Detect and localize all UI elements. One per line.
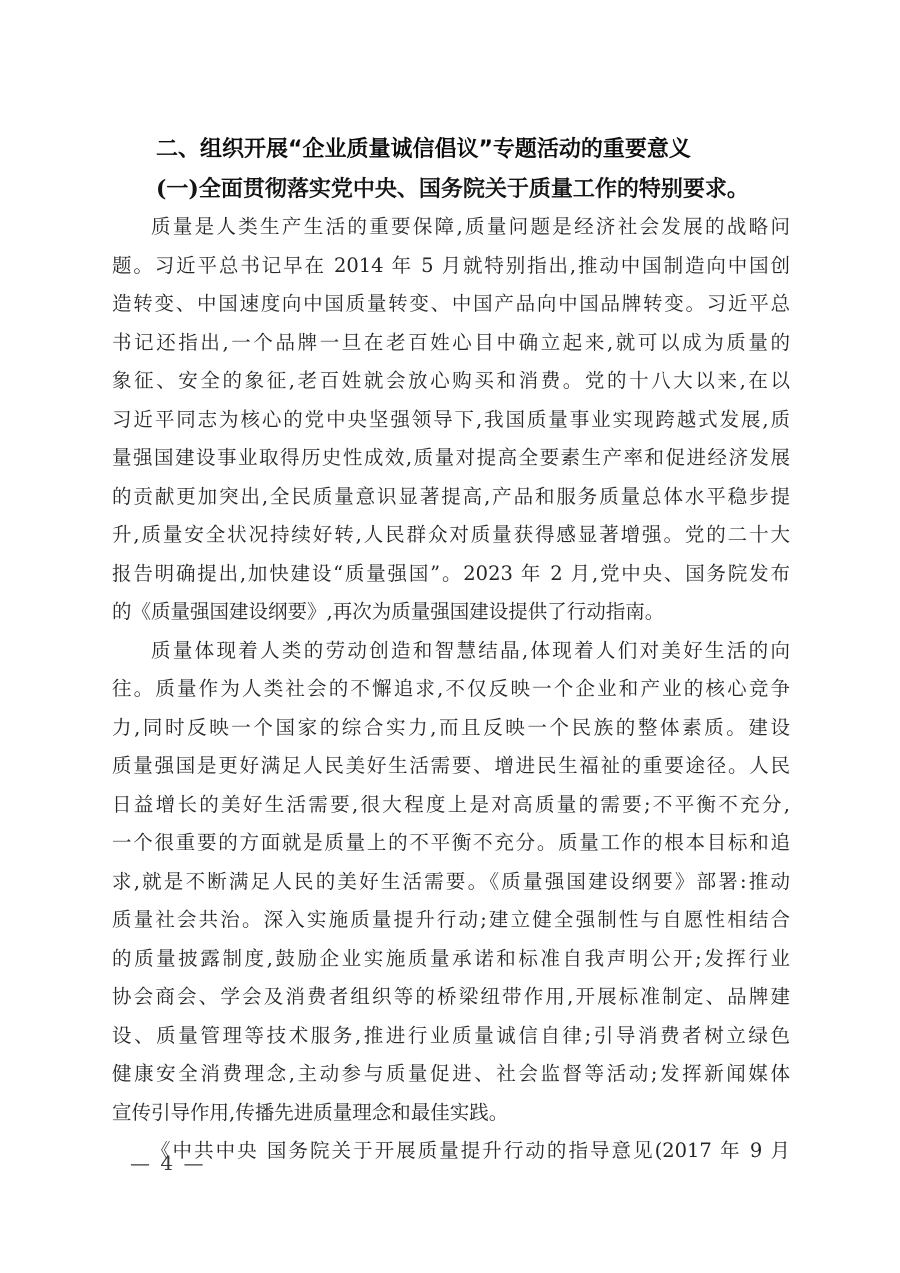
text-line: 质量是人类生产生活的重要保障,质量问题是经济社会发展的战略问 [112, 208, 790, 247]
document-content: 二、组织开展“企业质量诚信倡议”专题活动的重要意义 (一)全面贯彻落实党中央、国… [112, 131, 790, 1171]
text-line: 的《质量强国建设纲要》,再次为质量强国建设提供了行动指南。 [112, 593, 790, 632]
text-line: 质量体现着人类的劳动创造和智慧结晶,体现着人们对美好生活的向 [112, 632, 790, 671]
text-line: 书记还指出,一个品牌一旦在老百姓心目中确立起来,就可以成为质量的 [112, 324, 790, 363]
text-line: 设、质量管理等技术服务,推进行业质量诚信自律;引导消费者树立绿色 [112, 1017, 790, 1056]
body-text: 质量是人类生产生活的重要保障,质量问题是经济社会发展的战略问题。习近平总书记早在… [112, 208, 790, 1171]
text-line: 的贡献更加突出,全民质量意识显著提高,产品和服务质量总体水平稳步提 [112, 478, 790, 517]
text-line: 报告明确提出,加快建设“质量强国”。2023 年 2 月,党中央、国务院发布 [112, 555, 790, 594]
text-line: 宣传引导作用,传播先进质量理念和最佳实践。 [112, 1094, 790, 1133]
text-line: 升,质量安全状况持续好转,人民群众对质量获得感显著增强。党的二十大 [112, 516, 790, 555]
subsection-heading: (一)全面贯彻落实党中央、国务院关于质量工作的特别要求。 [112, 170, 790, 209]
text-line: 象征、安全的象征,老百姓就会放心购买和消费。党的十八大以来,在以 [112, 362, 790, 401]
text-line: 质量强国是更好满足人民美好生活需要、增进民生福祉的重要途径。人民 [112, 747, 790, 786]
page-number: — 4 — [130, 1150, 205, 1176]
text-line: 《中共中央 国务院关于开展质量提升行动的指导意见(2017 年 9 月 [112, 1132, 790, 1171]
text-line: 日益增长的美好生活需要,很大程度上是对高质量的需要;不平衡不充分, [112, 786, 790, 825]
text-line: 求,就是不断满足人民的美好生活需要。《质量强国建设纲要》部署:推动 [112, 863, 790, 902]
text-line: 一个很重要的方面就是质量上的不平衡不充分。质量工作的根本目标和追 [112, 824, 790, 863]
document-page: 二、组织开展“企业质量诚信倡议”专题活动的重要意义 (一)全面贯彻落实党中央、国… [0, 0, 900, 1273]
paragraph-2: 质量体现着人类的劳动创造和智慧结晶,体现着人们对美好生活的向往。质量作为人类社会… [112, 632, 790, 1133]
paragraph-3: 《中共中央 国务院关于开展质量提升行动的指导意见(2017 年 9 月 [112, 1132, 790, 1171]
text-line: 质量社会共治。深入实施质量提升行动;建立健全强制性与自愿性相结合 [112, 901, 790, 940]
text-line: 造转变、中国速度向中国质量转变、中国产品向中国品牌转变。习近平总 [112, 285, 790, 324]
text-line: 习近平同志为核心的党中央坚强领导下,我国质量事业实现跨越式发展,质 [112, 401, 790, 440]
text-line: 题。习近平总书记早在 2014 年 5 月就特别指出,推动中国制造向中国创 [112, 247, 790, 286]
section-heading: 二、组织开展“企业质量诚信倡议”专题活动的重要意义 [112, 131, 790, 170]
paragraph-1: 质量是人类生产生活的重要保障,质量问题是经济社会发展的战略问题。习近平总书记早在… [112, 208, 790, 632]
text-line: 协会商会、学会及消费者组织等的桥梁纽带作用,开展标准制定、品牌建 [112, 978, 790, 1017]
text-line: 健康安全消费理念,主动参与质量促进、社会监督等活动;发挥新闻媒体 [112, 1055, 790, 1094]
text-line: 量强国建设事业取得历史性成效,质量对提高全要素生产率和促进经济发展 [112, 439, 790, 478]
text-line: 的质量披露制度,鼓励企业实施质量承诺和标准自我声明公开;发挥行业 [112, 940, 790, 979]
text-line: 力,同时反映一个国家的综合实力,而且反映一个民族的整体素质。建设 [112, 709, 790, 748]
text-line: 往。质量作为人类社会的不懈追求,不仅反映一个企业和产业的核心竞争 [112, 670, 790, 709]
